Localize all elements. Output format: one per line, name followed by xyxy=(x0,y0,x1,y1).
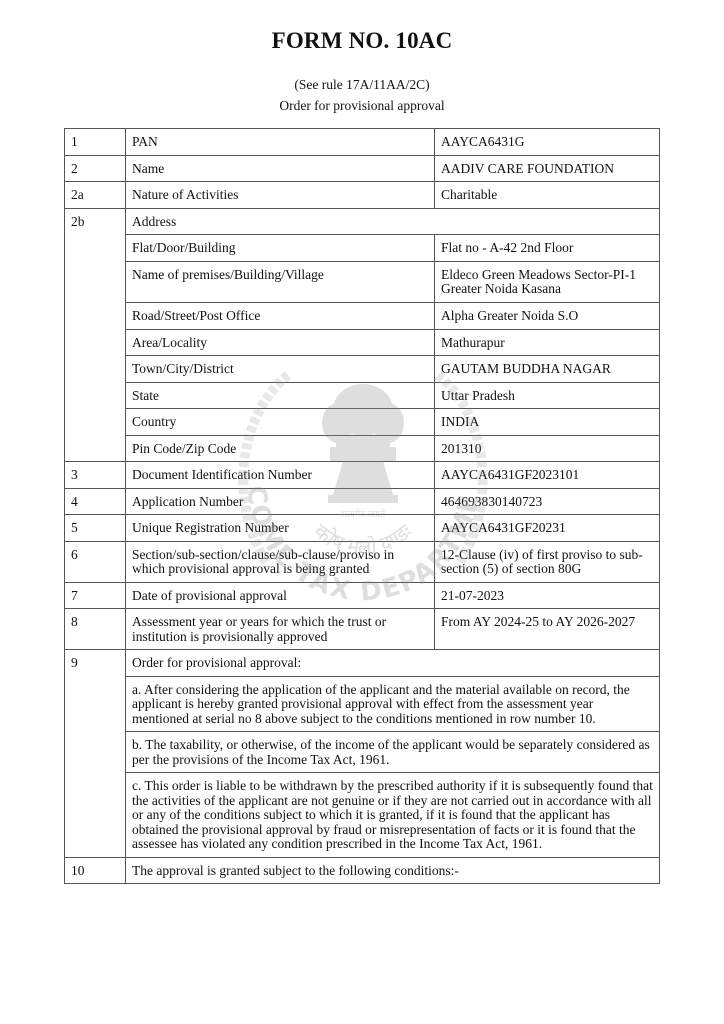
field-label: Section/sub-section/clause/sub-clause/pr… xyxy=(126,541,435,582)
order-paragraph-row: b. The taxability, or otherwise, of the … xyxy=(65,732,660,773)
address-row: Town/City/District GAUTAM BUDDHA NAGAR xyxy=(65,356,660,383)
field-value: 201310 xyxy=(435,435,660,462)
field-value: Alpha Greater Noida S.O xyxy=(435,303,660,330)
field-label: The approval is granted subject to the f… xyxy=(126,857,660,884)
serial-number: 10 xyxy=(65,857,126,884)
serial-number: 1 xyxy=(65,129,126,156)
address-row: Pin Code/Zip Code 201310 xyxy=(65,435,660,462)
serial-number: 2b xyxy=(65,208,126,462)
serial-number: 2a xyxy=(65,182,126,209)
address-row: Road/Street/Post Office Alpha Greater No… xyxy=(65,303,660,330)
field-value: Eldeco Green Meadows Sector-PI-1 Greater… xyxy=(435,261,660,303)
serial-number: 6 xyxy=(65,541,126,582)
field-value: GAUTAM BUDDHA NAGAR xyxy=(435,356,660,383)
field-value: Uttar Pradesh xyxy=(435,382,660,409)
field-label: State xyxy=(126,382,435,409)
field-value: From AY 2024-25 to AY 2026-2027 xyxy=(435,609,660,650)
address-row: State Uttar Pradesh xyxy=(65,382,660,409)
table-row: 9 Order for provisional approval: xyxy=(65,650,660,677)
form-title: FORM NO. 10AC xyxy=(0,28,724,54)
table-row: 1 PAN AAYCA6431G xyxy=(65,129,660,156)
serial-number: 2 xyxy=(65,155,126,182)
field-value: 464693830140723 xyxy=(435,488,660,515)
table-row: 10 The approval is granted subject to th… xyxy=(65,857,660,884)
field-label: Nature of Activities xyxy=(126,182,435,209)
field-label: Pin Code/Zip Code xyxy=(126,435,435,462)
order-paragraph-row: a. After considering the application of … xyxy=(65,676,660,732)
field-label: Area/Locality xyxy=(126,329,435,356)
field-label: Address xyxy=(126,208,660,235)
order-paragraph-b: b. The taxability, or otherwise, of the … xyxy=(126,732,660,773)
field-label: Assessment year or years for which the t… xyxy=(126,609,435,650)
order-paragraph-row: c. This order is liable to be withdrawn … xyxy=(65,773,660,858)
table-row: 2b Address xyxy=(65,208,660,235)
field-value: 21-07-2023 xyxy=(435,582,660,609)
field-label: Name of premises/Building/Village xyxy=(126,261,435,303)
field-value: AAYCA6431GF20231 xyxy=(435,515,660,542)
serial-number: 4 xyxy=(65,488,126,515)
form-subtitle: Order for provisional approval xyxy=(0,98,724,114)
field-label: Date of provisional approval xyxy=(126,582,435,609)
field-value: AADIV CARE FOUNDATION xyxy=(435,155,660,182)
table-row: 6 Section/sub-section/clause/sub-clause/… xyxy=(65,541,660,582)
approval-table: 1 PAN AAYCA6431G 2 Name AADIV CARE FOUND… xyxy=(64,128,660,884)
field-label: Name xyxy=(126,155,435,182)
table-row: 2 Name AADIV CARE FOUNDATION xyxy=(65,155,660,182)
order-paragraph-c: c. This order is liable to be withdrawn … xyxy=(126,773,660,858)
field-label: Order for provisional approval: xyxy=(126,650,660,677)
field-value: Charitable xyxy=(435,182,660,209)
address-row: Name of premises/Building/Village Eldeco… xyxy=(65,261,660,303)
field-label: Road/Street/Post Office xyxy=(126,303,435,330)
field-value: AAYCA6431G xyxy=(435,129,660,156)
field-label: Town/City/District xyxy=(126,356,435,383)
serial-number: 7 xyxy=(65,582,126,609)
field-label: Application Number xyxy=(126,488,435,515)
table-row: 2a Nature of Activities Charitable xyxy=(65,182,660,209)
address-row: Area/Locality Mathurapur xyxy=(65,329,660,356)
table-row: 8 Assessment year or years for which the… xyxy=(65,609,660,650)
field-value: AAYCA6431GF2023101 xyxy=(435,462,660,489)
field-value: 12-Clause (iv) of first proviso to sub-s… xyxy=(435,541,660,582)
field-label: PAN xyxy=(126,129,435,156)
serial-number: 8 xyxy=(65,609,126,650)
serial-number: 9 xyxy=(65,650,126,858)
field-label: Flat/Door/Building xyxy=(126,235,435,262)
table-row: 3 Document Identification Number AAYCA64… xyxy=(65,462,660,489)
table-row: 4 Application Number 464693830140723 xyxy=(65,488,660,515)
order-paragraph-a: a. After considering the application of … xyxy=(126,676,660,732)
serial-number: 3 xyxy=(65,462,126,489)
field-value: Mathurapur xyxy=(435,329,660,356)
serial-number: 5 xyxy=(65,515,126,542)
rule-reference: (See rule 17A/11AA/2C) xyxy=(0,77,724,93)
address-row: Flat/Door/Building Flat no - A-42 2nd Fl… xyxy=(65,235,660,262)
address-row: Country INDIA xyxy=(65,409,660,436)
field-label: Document Identification Number xyxy=(126,462,435,489)
field-value: Flat no - A-42 2nd Floor xyxy=(435,235,660,262)
table-row: 7 Date of provisional approval 21-07-202… xyxy=(65,582,660,609)
field-label: Unique Registration Number xyxy=(126,515,435,542)
table-row: 5 Unique Registration Number AAYCA6431GF… xyxy=(65,515,660,542)
field-value: INDIA xyxy=(435,409,660,436)
field-label: Country xyxy=(126,409,435,436)
